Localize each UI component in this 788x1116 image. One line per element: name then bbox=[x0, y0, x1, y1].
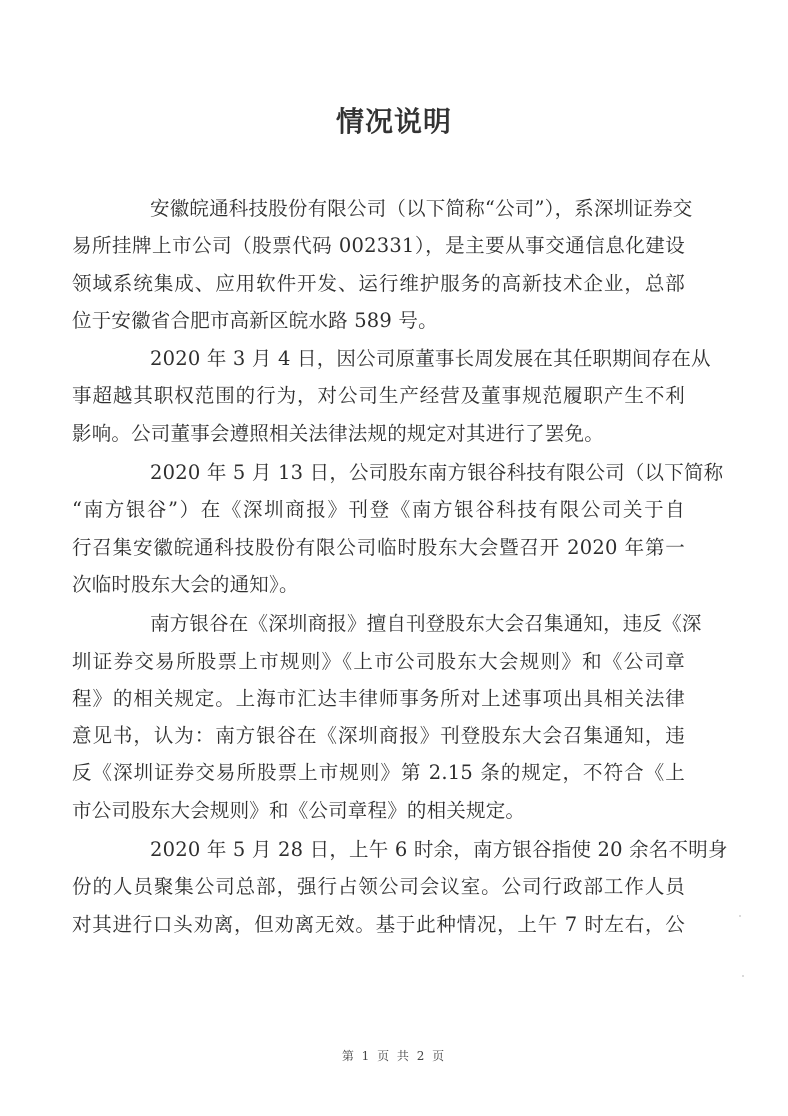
text-line: 市公司股东大会规则》和《公司章程》的相关规定。 bbox=[72, 792, 685, 829]
paragraph-company-intro: 安徽皖通科技股份有限公司（以下简称“公司”），系深圳证券交 易所挂牌上市公司（股… bbox=[111, 190, 685, 339]
scan-speck bbox=[624, 622, 626, 624]
text-line: 2020 年 3 月 4 日，因公司原董事长周发展在其任职期间存在从 bbox=[111, 340, 685, 377]
document-title: 情况说明 bbox=[0, 100, 788, 144]
text-line: 领域系统集成、应用软件开发、运行维护服务的高新技术企业，总部 bbox=[72, 265, 685, 302]
text-line: 行召集安徽皖通科技股份有限公司临时股东大会暨召开 2020 年第一 bbox=[72, 529, 685, 566]
text-line: 意见书，认为：南方银谷在《深圳商报》刊登股东大会召集通知，违 bbox=[72, 717, 685, 754]
text-line: 事超越其职权范围的行为，对公司生产经营及董事规范履职产生不利 bbox=[72, 377, 685, 414]
paragraph-occupation-incident: 2020 年 5 月 28 日，上午 6 时余，南方银谷指使 20 余名不明身 … bbox=[111, 831, 685, 943]
text-line: 影响。公司董事会遵照相关法律法规的规定对其进行了罢免。 bbox=[72, 415, 685, 452]
paragraph-shareholder-notice: 2020 年 5 月 13 日，公司股东南方银谷科技有限公司（以下简称 “南方银… bbox=[111, 454, 685, 603]
paragraph-chairman-removal: 2020 年 3 月 4 日，因公司原董事长周发展在其任职期间存在从 事超越其职… bbox=[111, 340, 685, 452]
document-page: 情况说明 安徽皖通科技股份有限公司（以下简称“公司”），系深圳证券交 易所挂牌上… bbox=[0, 0, 788, 1116]
text-line: 易所挂牌上市公司（股票代码 002331），是主要从事交通信息化建设 bbox=[72, 227, 685, 264]
text-line: “南方银谷”）在《深圳商报》刊登《南方银谷科技有限公司关于自 bbox=[72, 491, 685, 528]
text-line: 程》的相关规定。上海市汇达丰律师事务所对上述事项出具相关法律 bbox=[72, 680, 685, 717]
paragraph-legal-opinion: 南方银谷在《深圳商报》擅自刊登股东大会召集通知，违反《深 圳证券交易所股票上市规… bbox=[111, 605, 685, 829]
text-line: 位于安徽省合肥市高新区皖水路 589 号。 bbox=[72, 302, 685, 339]
page-number-footer: 第 1 页 共 2 页 bbox=[0, 1047, 788, 1064]
text-line: 份的人员聚集公司总部，强行占领公司会议室。公司行政部工作人员 bbox=[72, 868, 685, 905]
document-body: 安徽皖通科技股份有限公司（以下简称“公司”），系深圳证券交 易所挂牌上市公司（股… bbox=[111, 190, 685, 943]
text-line: 反《深圳证券交易所股票上市规则》第 2.15 条的规定，不符合《上 bbox=[72, 754, 685, 791]
text-line: 圳证券交易所股票上市规则》《上市公司股东大会规则》和《公司章 bbox=[72, 643, 685, 680]
scan-speck bbox=[739, 915, 741, 917]
scan-speck bbox=[742, 975, 744, 977]
text-line: 次临时股东大会的通知》。 bbox=[72, 566, 685, 603]
text-line: 2020 年 5 月 28 日，上午 6 时余，南方银谷指使 20 余名不明身 bbox=[111, 831, 685, 868]
text-line: 南方银谷在《深圳商报》擅自刊登股东大会召集通知，违反《深 bbox=[111, 605, 685, 642]
text-line: 对其进行口头劝离，但劝离无效。基于此种情况，上午 7 时左右，公 bbox=[72, 906, 685, 943]
text-line: 2020 年 5 月 13 日，公司股东南方银谷科技有限公司（以下简称 bbox=[111, 454, 685, 491]
text-line: 安徽皖通科技股份有限公司（以下简称“公司”），系深圳证券交 bbox=[111, 190, 685, 227]
